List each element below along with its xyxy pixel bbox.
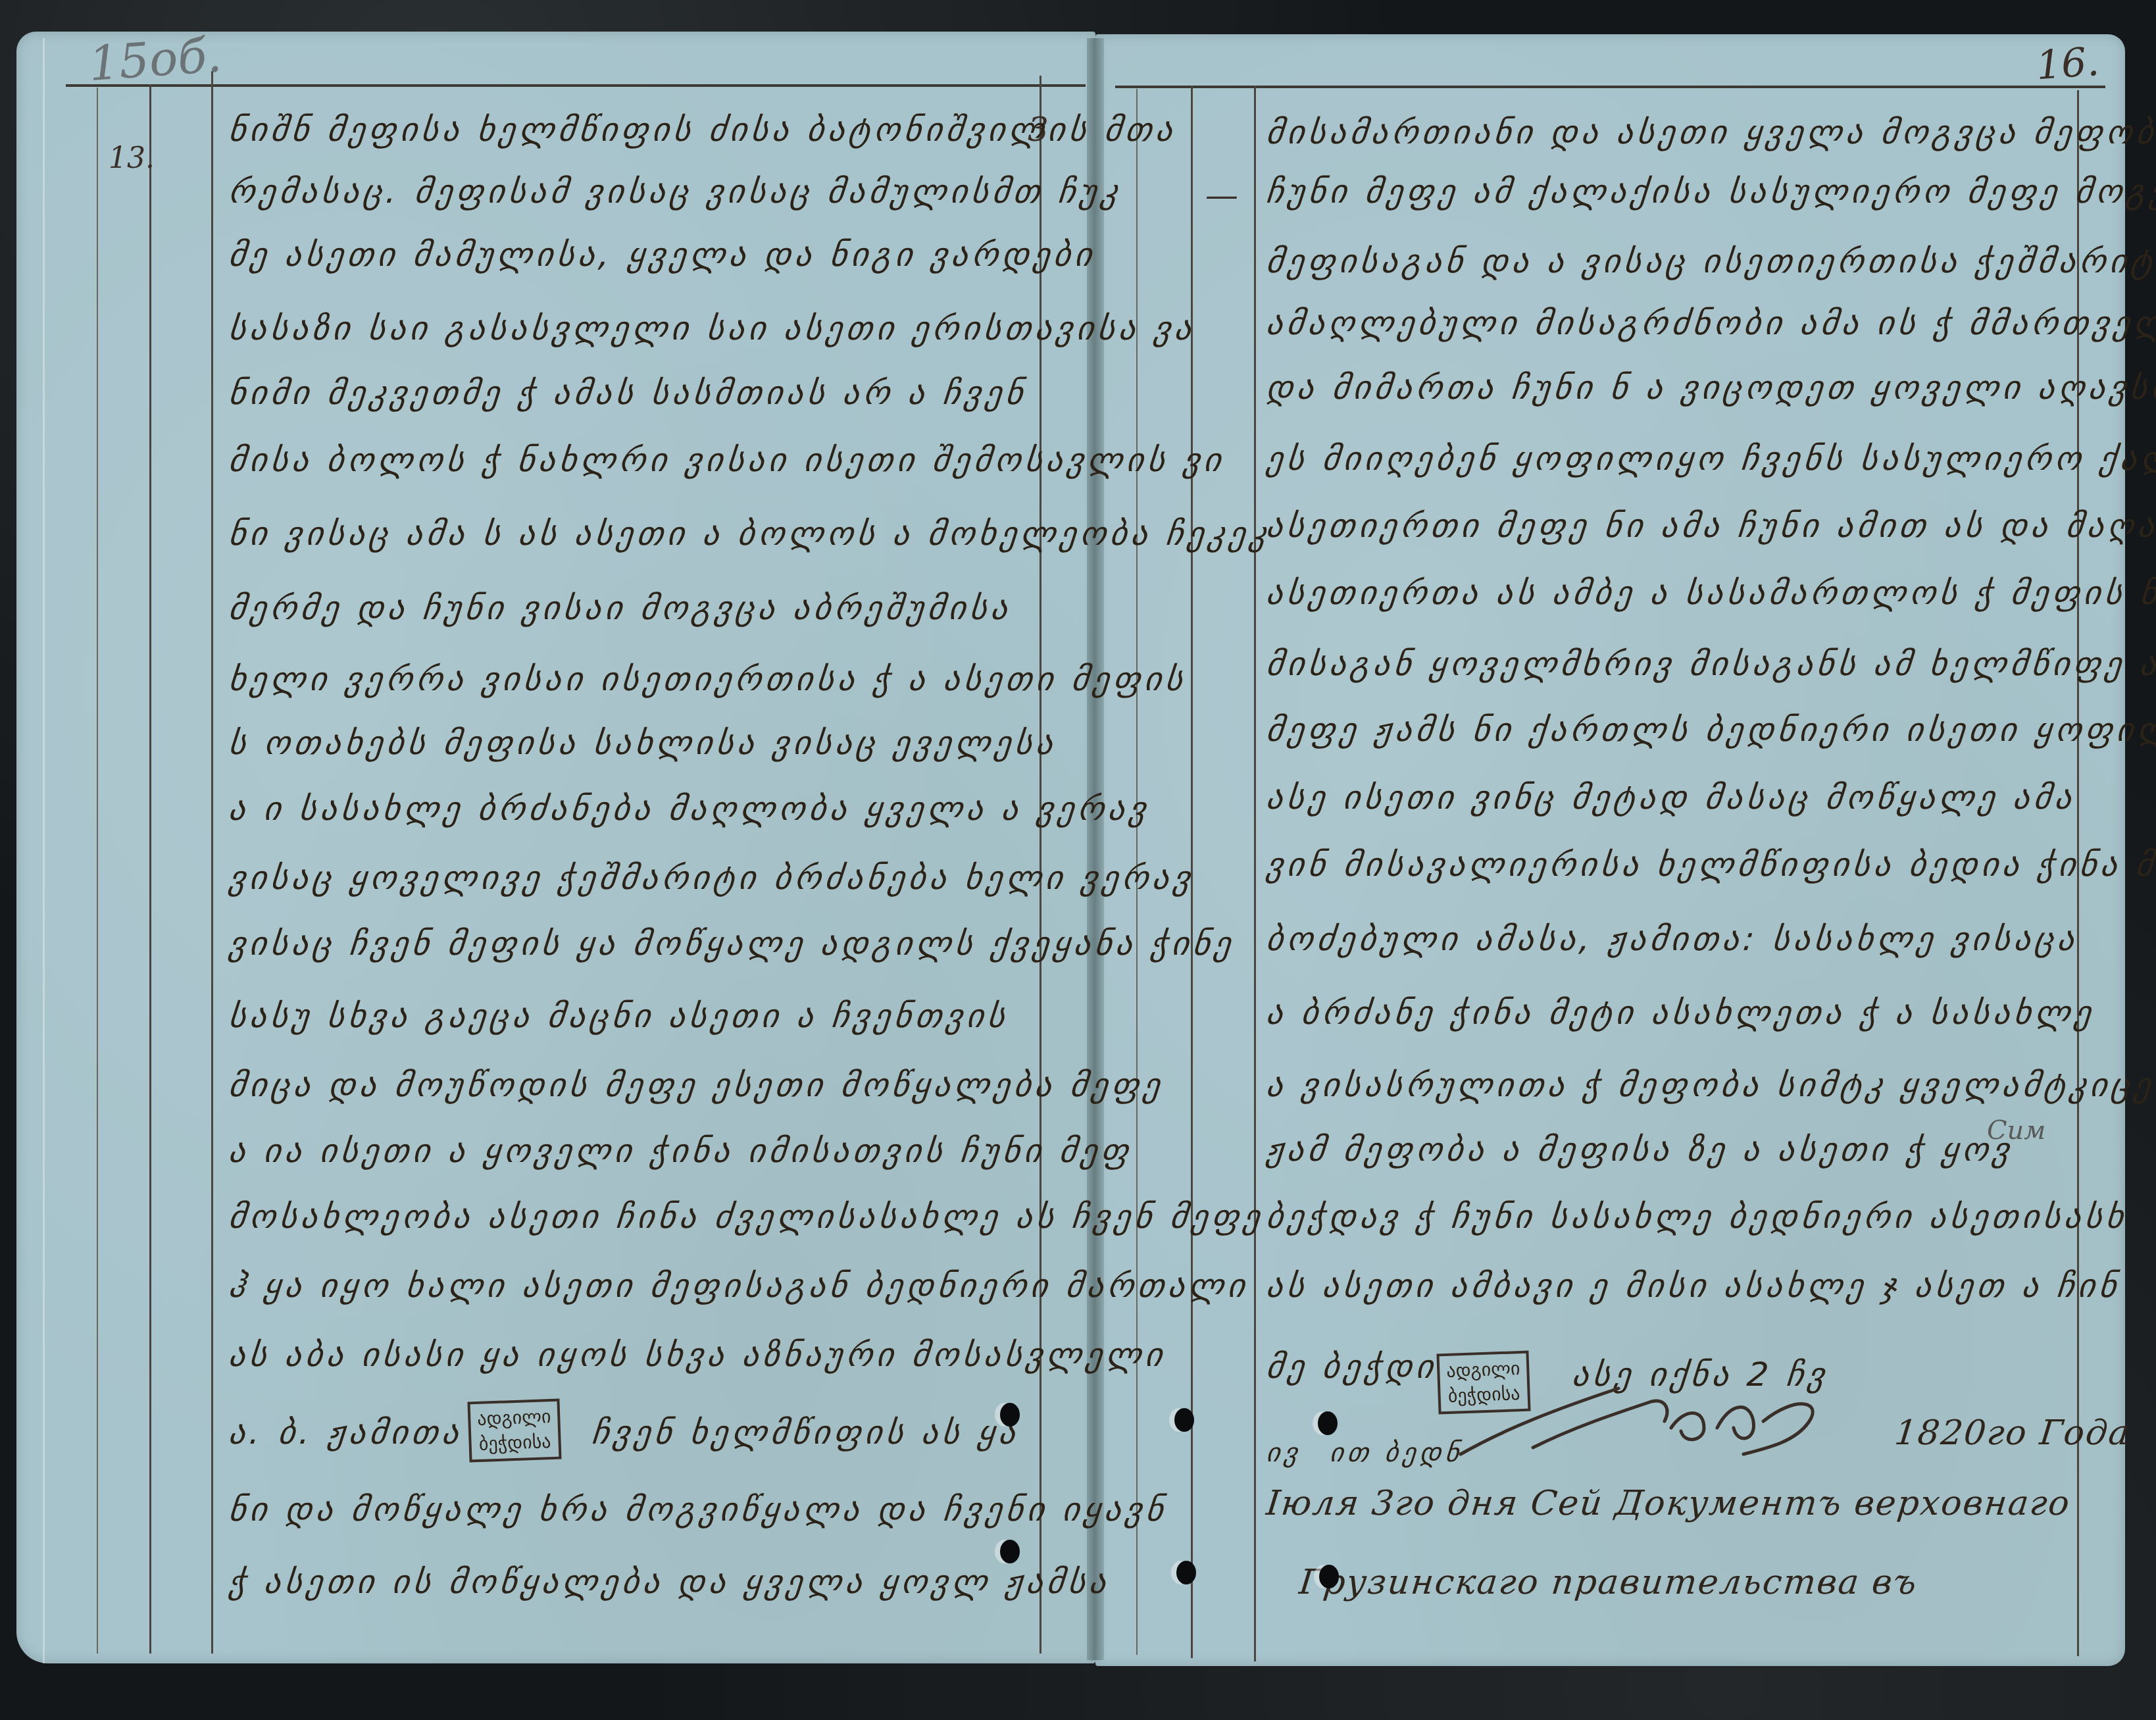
text-line: მისაგან ყოველმხრივ მისაგანს ამ ხელმწიფე … <box>1265 645 2156 683</box>
russian-line-1: Іюля 3го дня Сей Документъ верховнаго <box>1265 1484 2072 1523</box>
right-header-rule <box>1115 86 2105 88</box>
left-header-rule <box>66 84 1086 87</box>
text-line: ას ასეთი ამბავი ე მისი ასახლე ჯ ასეთ ა ჩ… <box>1265 1267 2122 1305</box>
text-line: რემასაც. მეფისამ ვისაც ვისაც მამულისმთ ჩ… <box>227 172 1124 211</box>
text-line: მიცა და მოუწოდის მეფე ესეთი მოწყალება მე… <box>227 1066 1166 1104</box>
text-line: ბეჭდავ ჭ ჩუნი სასახლე ბედნიერი ასეთისასხ <box>1265 1198 2130 1236</box>
signature-flourish <box>1454 1382 1822 1461</box>
text-line: ვინ მისავალიერისა ხელმწიფისა ბედია ჭინა … <box>1265 846 2156 884</box>
binding-hole <box>1319 1565 1339 1588</box>
russian-line-2: Грузинскаго правительства въ <box>1297 1563 1920 1602</box>
text-line: ჰ ყა იყო ხალი ასეთი მეფისაგან ბედნიერი მ… <box>227 1267 1251 1305</box>
pencil-annotation: Сим <box>1987 1115 2046 1146</box>
text-line: მე ასეთი მამულისა, ყველა და ნიგი ვარდები <box>227 236 1098 274</box>
text-after-seal: ჩვენ ხელმწიფის ას ყა <box>590 1413 1022 1452</box>
text-line: მეფისაგან და ა ვისაც ისეთიერთისა ჭეშმარი… <box>1265 242 2156 280</box>
left-margin-line-1 <box>97 88 98 1654</box>
seal-box-line: ბეჭდისა <box>478 1429 552 1457</box>
folio-number-right: 16. <box>2035 39 2101 89</box>
text-line: მერმე და ჩუნი ვისაი მოგვცა აბრეშუმისა <box>227 589 1014 627</box>
russian-year: 1820го Года <box>1893 1413 2132 1453</box>
text-line: ა. ბ. ჟამითა <box>227 1413 465 1452</box>
text-line: ა ვისასრულითა ჭ მეფობა სიმტკ ყველამტკიცე… <box>1265 1066 2156 1104</box>
text-line: ჭ ასეთი ის მოწყალება და ყველა ყოვლ ჟამსა <box>227 1563 1112 1601</box>
left-margin-line-3 <box>211 71 213 1654</box>
text-line: ჟამ მეფობა ა მეფისა ზე ა ასეთი ჭ ყოვ <box>1265 1130 2015 1169</box>
folio-number-left: 15об. <box>87 27 223 91</box>
date-line-georgian: ივ ⁲ ით ბედნ <box>1265 1438 1465 1468</box>
binding-hole <box>1174 1408 1194 1432</box>
binding-hole <box>1000 1540 1020 1563</box>
text-line: მეფე ჟამს ნი ქართლს ბედნიერი ისეთი ყოფილ… <box>1265 711 2156 749</box>
text-line: მისა ბოლოს ჭ ნახლრი ვისაი ისეთი შემოსავლ… <box>227 441 1227 479</box>
text-line: ხელი ვერრა ვისაი ისეთიერთისა ჭ ა ასეთი მ… <box>227 660 1189 698</box>
seal-box-line: ადგილი <box>1446 1356 1520 1384</box>
text-line: ჩუნი მეფე ამ ქალაქისა სასულიერო მეფე მოგ… <box>1265 172 2156 211</box>
left-margin-number: 13. <box>109 141 155 175</box>
text-line: ა ია ისეთი ა ყოველი ჭინა იმისათვის ჩუნი … <box>227 1132 1134 1170</box>
text-line: ბოძებული ამასა, ჟამითა: სასახლე ვისაცა <box>1265 920 2080 958</box>
book-spine <box>1087 38 1104 1660</box>
text-line: ვისაც ყოველივე ჭეშმარიტი ბრძანება ხელი ვ… <box>227 859 1196 897</box>
text-line: მე ბეჭდი <box>1265 1348 1440 1386</box>
page-stack-edge <box>43 38 45 1663</box>
text-line: სასუ სხვა გაეცა მაცნი ასეთი ა ჩვენთვის <box>227 997 1011 1035</box>
text-line: ვისაც ჩვენ მეფის ყა მოწყალე ადგილს ქვეყა… <box>227 924 1237 963</box>
text-line: ას აბა ისასი ყა იყოს სხვა აზნაური მოსასვ… <box>227 1336 1168 1374</box>
left-margin-line-2 <box>149 84 151 1654</box>
text-line: ს ოთახებს მეფისა სახლისა ვისაც ეველესა <box>227 724 1059 762</box>
text-line: ასე ისეთი ვინც მეტად მასაც მოწყალე ამა <box>1265 778 2078 817</box>
text-line: სასაზი საი გასასვლელი საი ასეთი ერისთავი… <box>227 309 1197 347</box>
binding-hole <box>1176 1561 1196 1584</box>
text-line: ეს მიიღებენ ყოფილიყო ჩვენს სასულიერო ქალ… <box>1265 440 2156 478</box>
text-line: ამაღლებული მისაგრძნობი ამა ის ჭ მმართველ… <box>1265 304 2156 342</box>
text-line: ასეთიერთი მეფე ნი ამა ჩუნი ამით ას და მა… <box>1265 507 2156 545</box>
seal-placeholder-box-left: ადგილი ბეჭდისა <box>467 1399 561 1463</box>
right-margin-dash: — <box>1205 176 1238 215</box>
text-line: ნიმი მეკვეთმე ჭ ამას სასმთიას არ ა ჩვენ <box>227 374 1029 412</box>
text-line: ა ი სასახლე ბრძანება მაღლობა ყველა ა ვერ… <box>227 790 1152 828</box>
text-line: ა ბრძანე ჭინა მეტი ასახლეთა ჭ ა სასახლე <box>1265 994 2097 1032</box>
text-line: და მიმართა ჩუნი ნ ა ვიცოდეთ ყოველი აღავს… <box>1265 368 2156 407</box>
binding-hole <box>1000 1403 1020 1427</box>
text-line: ასეთიერთა ას ამბე ა სასამართლოს ჭ მეფის … <box>1265 574 2156 612</box>
text-line: მოსახლეობა ასეთი ჩინა ძველისასახლე ას ჩვ… <box>227 1198 1266 1236</box>
text-line: ნი და მოწყალე ხრა მოგვიწყალა და ჩვენი იყ… <box>227 1490 1169 1529</box>
binding-hole <box>1318 1411 1338 1435</box>
text-line: ნიშნ მეფისა ხელმწიფის ძისა ბატონიშვილის … <box>227 111 1179 149</box>
right-margin-line-3 <box>1254 86 1256 1661</box>
text-line: მისამართიანი და ასეთი ყველა მოგვცა მეფობ… <box>1265 113 2156 151</box>
text-line: ნი ვისაც ამა ს ას ასეთი ა ბოლოს ა მოხელე… <box>227 515 1272 553</box>
seal-box-line: ადგილი <box>477 1404 551 1432</box>
